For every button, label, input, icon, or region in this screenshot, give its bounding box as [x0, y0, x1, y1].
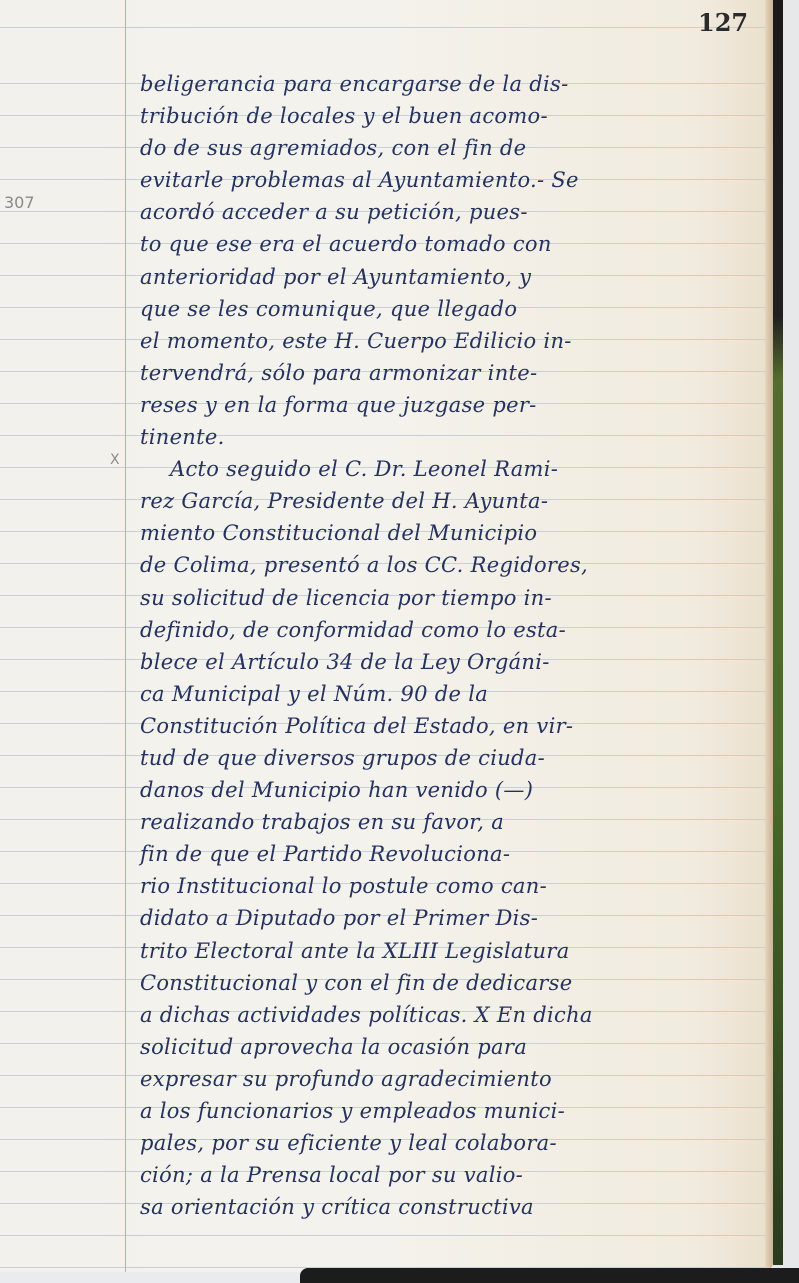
handwritten-text: beligerancia para encargarse de la dis- … — [140, 68, 770, 1223]
text-line: evitarle problemas al Ayuntamiento.- Se — [140, 164, 770, 196]
text-line: expresar su profundo agradecimiento — [140, 1063, 770, 1095]
text-line: rio Institucional lo postule como can- — [140, 870, 770, 902]
text-line: realizando trabajos en su favor, a — [140, 806, 770, 838]
text-line: solicitud aprovecha la ocasión para — [140, 1031, 770, 1063]
margin-line — [125, 0, 126, 1272]
text-line: do de sus agremiados, con el fin de — [140, 132, 770, 164]
text-line: danos del Municipio han venido (—) — [140, 774, 770, 806]
text-line: trito Electoral ante la XLIII Legislatur… — [140, 935, 770, 967]
text-line: su solicitud de licencia por tiempo in- — [140, 582, 770, 614]
text-line: acordó acceder a su petición, pues- — [140, 196, 770, 228]
text-line: Acto seguido el C. Dr. Leonel Rami- — [140, 453, 770, 485]
text-line: to que ese era el acuerdo tomado con — [140, 228, 770, 260]
text-line: reses y en la forma que juzgase per- — [140, 389, 770, 421]
text-line: a los funcionarios y empleados munici- — [140, 1095, 770, 1127]
text-line: tribución de locales y el buen acomo- — [140, 100, 770, 132]
text-line: anterioridad por el Ayuntamiento, y — [140, 261, 770, 293]
text-line: ca Municipal y el Núm. 90 de la — [140, 678, 770, 710]
text-line: tinente. — [140, 421, 770, 453]
text-line: Constitución Política del Estado, en vir… — [140, 710, 770, 742]
book-cover — [773, 0, 799, 1283]
entry-number: 307 — [4, 193, 35, 212]
text-line: Constitucional y con el fin de dedicarse — [140, 967, 770, 999]
text-line: sa orientación y crítica constructiva — [140, 1191, 770, 1223]
text-line: blece el Artículo 34 de la Ley Orgáni- — [140, 646, 770, 678]
text-line: didato a Diputado por el Primer Dis- — [140, 902, 770, 934]
text-line: beligerancia para encargarse de la dis- — [140, 68, 770, 100]
text-line: pales, por su eficiente y leal colabora- — [140, 1127, 770, 1159]
text-line: rez García, Presidente del H. Ayunta- — [140, 485, 770, 517]
text-line: tud de que diversos grupos de ciuda- — [140, 742, 770, 774]
text-line: fin de que el Partido Revoluciona- — [140, 838, 770, 870]
text-line: a dichas actividades políticas. X En dic… — [140, 999, 770, 1031]
check-mark: X — [110, 452, 120, 468]
text-line: el momento, este H. Cuerpo Edilicio in- — [140, 325, 770, 357]
text-line: que se les comunique, que llegado — [140, 293, 770, 325]
book-binding — [773, 0, 783, 1265]
book-cover-bottom — [300, 1268, 799, 1283]
ledger-page: 127 307 X beligerancia para encargarse d… — [0, 0, 773, 1272]
text-line: de Colima, presentó a los CC. Regidores, — [140, 549, 770, 581]
page-number: 127 — [698, 8, 748, 37]
text-line: ción; a la Prensa local por su valio- — [140, 1159, 770, 1191]
text-line: definido, de conformidad como lo esta- — [140, 614, 770, 646]
text-line: miento Constitucional del Municipio — [140, 517, 770, 549]
text-line: tervendrá, sólo para armonizar inte- — [140, 357, 770, 389]
